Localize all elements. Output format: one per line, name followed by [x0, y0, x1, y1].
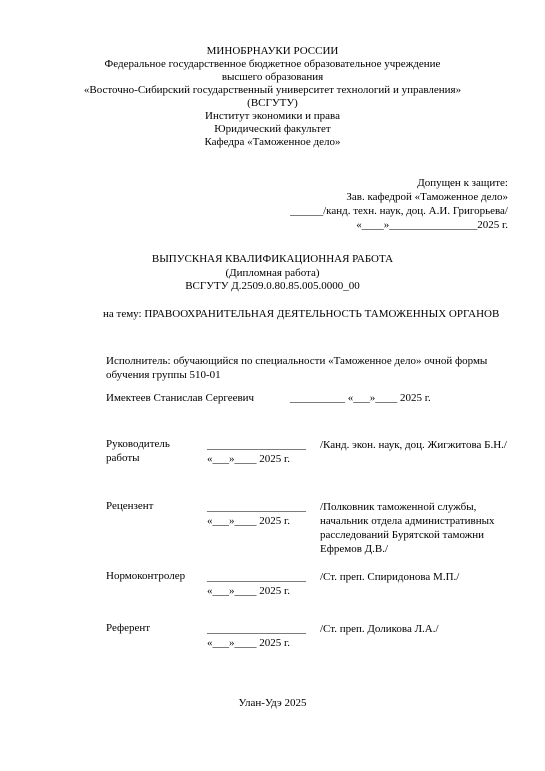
city-year: Улан-Удэ 2025	[0, 697, 545, 711]
role-label: Рецензент	[106, 500, 204, 514]
executor-signature: __________ «___»____ 2025 г.	[290, 391, 431, 405]
credentials: /Канд. экон. наук, доц. Жигжитова Б.Н./	[320, 438, 510, 452]
approval-block: Допущен к защите: Зав. кафедрой «Таможен…	[290, 176, 508, 232]
document-code: ВСГУТУ Д.2509.0.80.85.005.0000_00	[0, 280, 545, 294]
work-type-title: ВЫПУСКНАЯ КВАЛИФИКАЦИОННАЯ РАБОТА	[0, 253, 545, 267]
institution-line-1: Федеральное государственное бюджетное об…	[0, 58, 545, 71]
approval-signature-line: ______/канд. техн. наук, доц. А.И. Григо…	[290, 204, 508, 218]
executor-date-line: «___»____ 2025 г.	[348, 392, 431, 404]
ministry-line: МИНОБРНАУКИ РОССИИ	[0, 45, 545, 58]
university-name: «Восточно-Сибирский государственный унив…	[0, 84, 545, 97]
date-line: «___»____ 2025 г.	[207, 452, 337, 466]
credentials: /Ст. преп. Спиридонова М.П./	[320, 570, 510, 584]
thesis-title-page: МИНОБРНАУКИ РОССИИ Федеральное государст…	[0, 0, 545, 771]
executor-name: Имектеев Станислав Сергеевич	[106, 392, 254, 404]
executor-signature-line: __________	[290, 392, 345, 404]
institution-line-2: высшего образования	[0, 71, 545, 84]
role-label: Руководитель работы	[106, 438, 204, 465]
date-line: «___»____ 2025 г.	[207, 636, 337, 650]
signature-line: __________________	[207, 500, 337, 514]
credentials: /Полковник таможенной службы, начальник …	[320, 500, 510, 556]
date-line: «___»____ 2025 г.	[207, 514, 337, 528]
work-title-block: ВЫПУСКНАЯ КВАЛИФИКАЦИОННАЯ РАБОТА (Дипло…	[0, 253, 545, 294]
executor-name-row: Имектеев Станислав Сергеевич __________ …	[106, 391, 498, 405]
signature-line: __________________	[207, 438, 337, 452]
department-name: Кафедра «Таможенное дело»	[0, 136, 545, 149]
signature-column: __________________ «___»____ 2025 г.	[207, 438, 337, 466]
signature-line: __________________	[207, 622, 337, 636]
institute-name: Институт экономики и права	[0, 110, 545, 123]
faculty-name: Юридический факультет	[0, 123, 545, 136]
approval-title: Допущен к защите:	[290, 176, 508, 190]
executor-block: Исполнитель: обучающийся по специальност…	[106, 354, 498, 405]
credentials: /Ст. преп. Доликова Л.А./	[320, 622, 510, 636]
executor-description: Исполнитель: обучающийся по специальност…	[106, 354, 498, 382]
university-abbreviation: (ВСГУТУ)	[0, 97, 545, 110]
approval-date-line: «____»________________2025 г.	[290, 218, 508, 232]
signature-column: __________________ «___»____ 2025 г.	[207, 622, 337, 650]
role-label: Нормоконтролер	[106, 570, 204, 584]
university-header: МИНОБРНАУКИ РОССИИ Федеральное государст…	[0, 45, 545, 149]
work-subtype: (Дипломная работа)	[0, 267, 545, 281]
signature-column: __________________ «___»____ 2025 г.	[207, 570, 337, 598]
role-label: Референт	[106, 622, 204, 636]
signature-line: __________________	[207, 570, 337, 584]
signature-column: __________________ «___»____ 2025 г.	[207, 500, 337, 528]
approval-head-of-department: Зав. кафедрой «Таможенное дело»	[290, 190, 508, 204]
theme-line: на тему: ПРАВООХРАНИТЕЛЬНАЯ ДЕЯТЕЛЬНОСТЬ…	[103, 308, 499, 322]
date-line: «___»____ 2025 г.	[207, 584, 337, 598]
